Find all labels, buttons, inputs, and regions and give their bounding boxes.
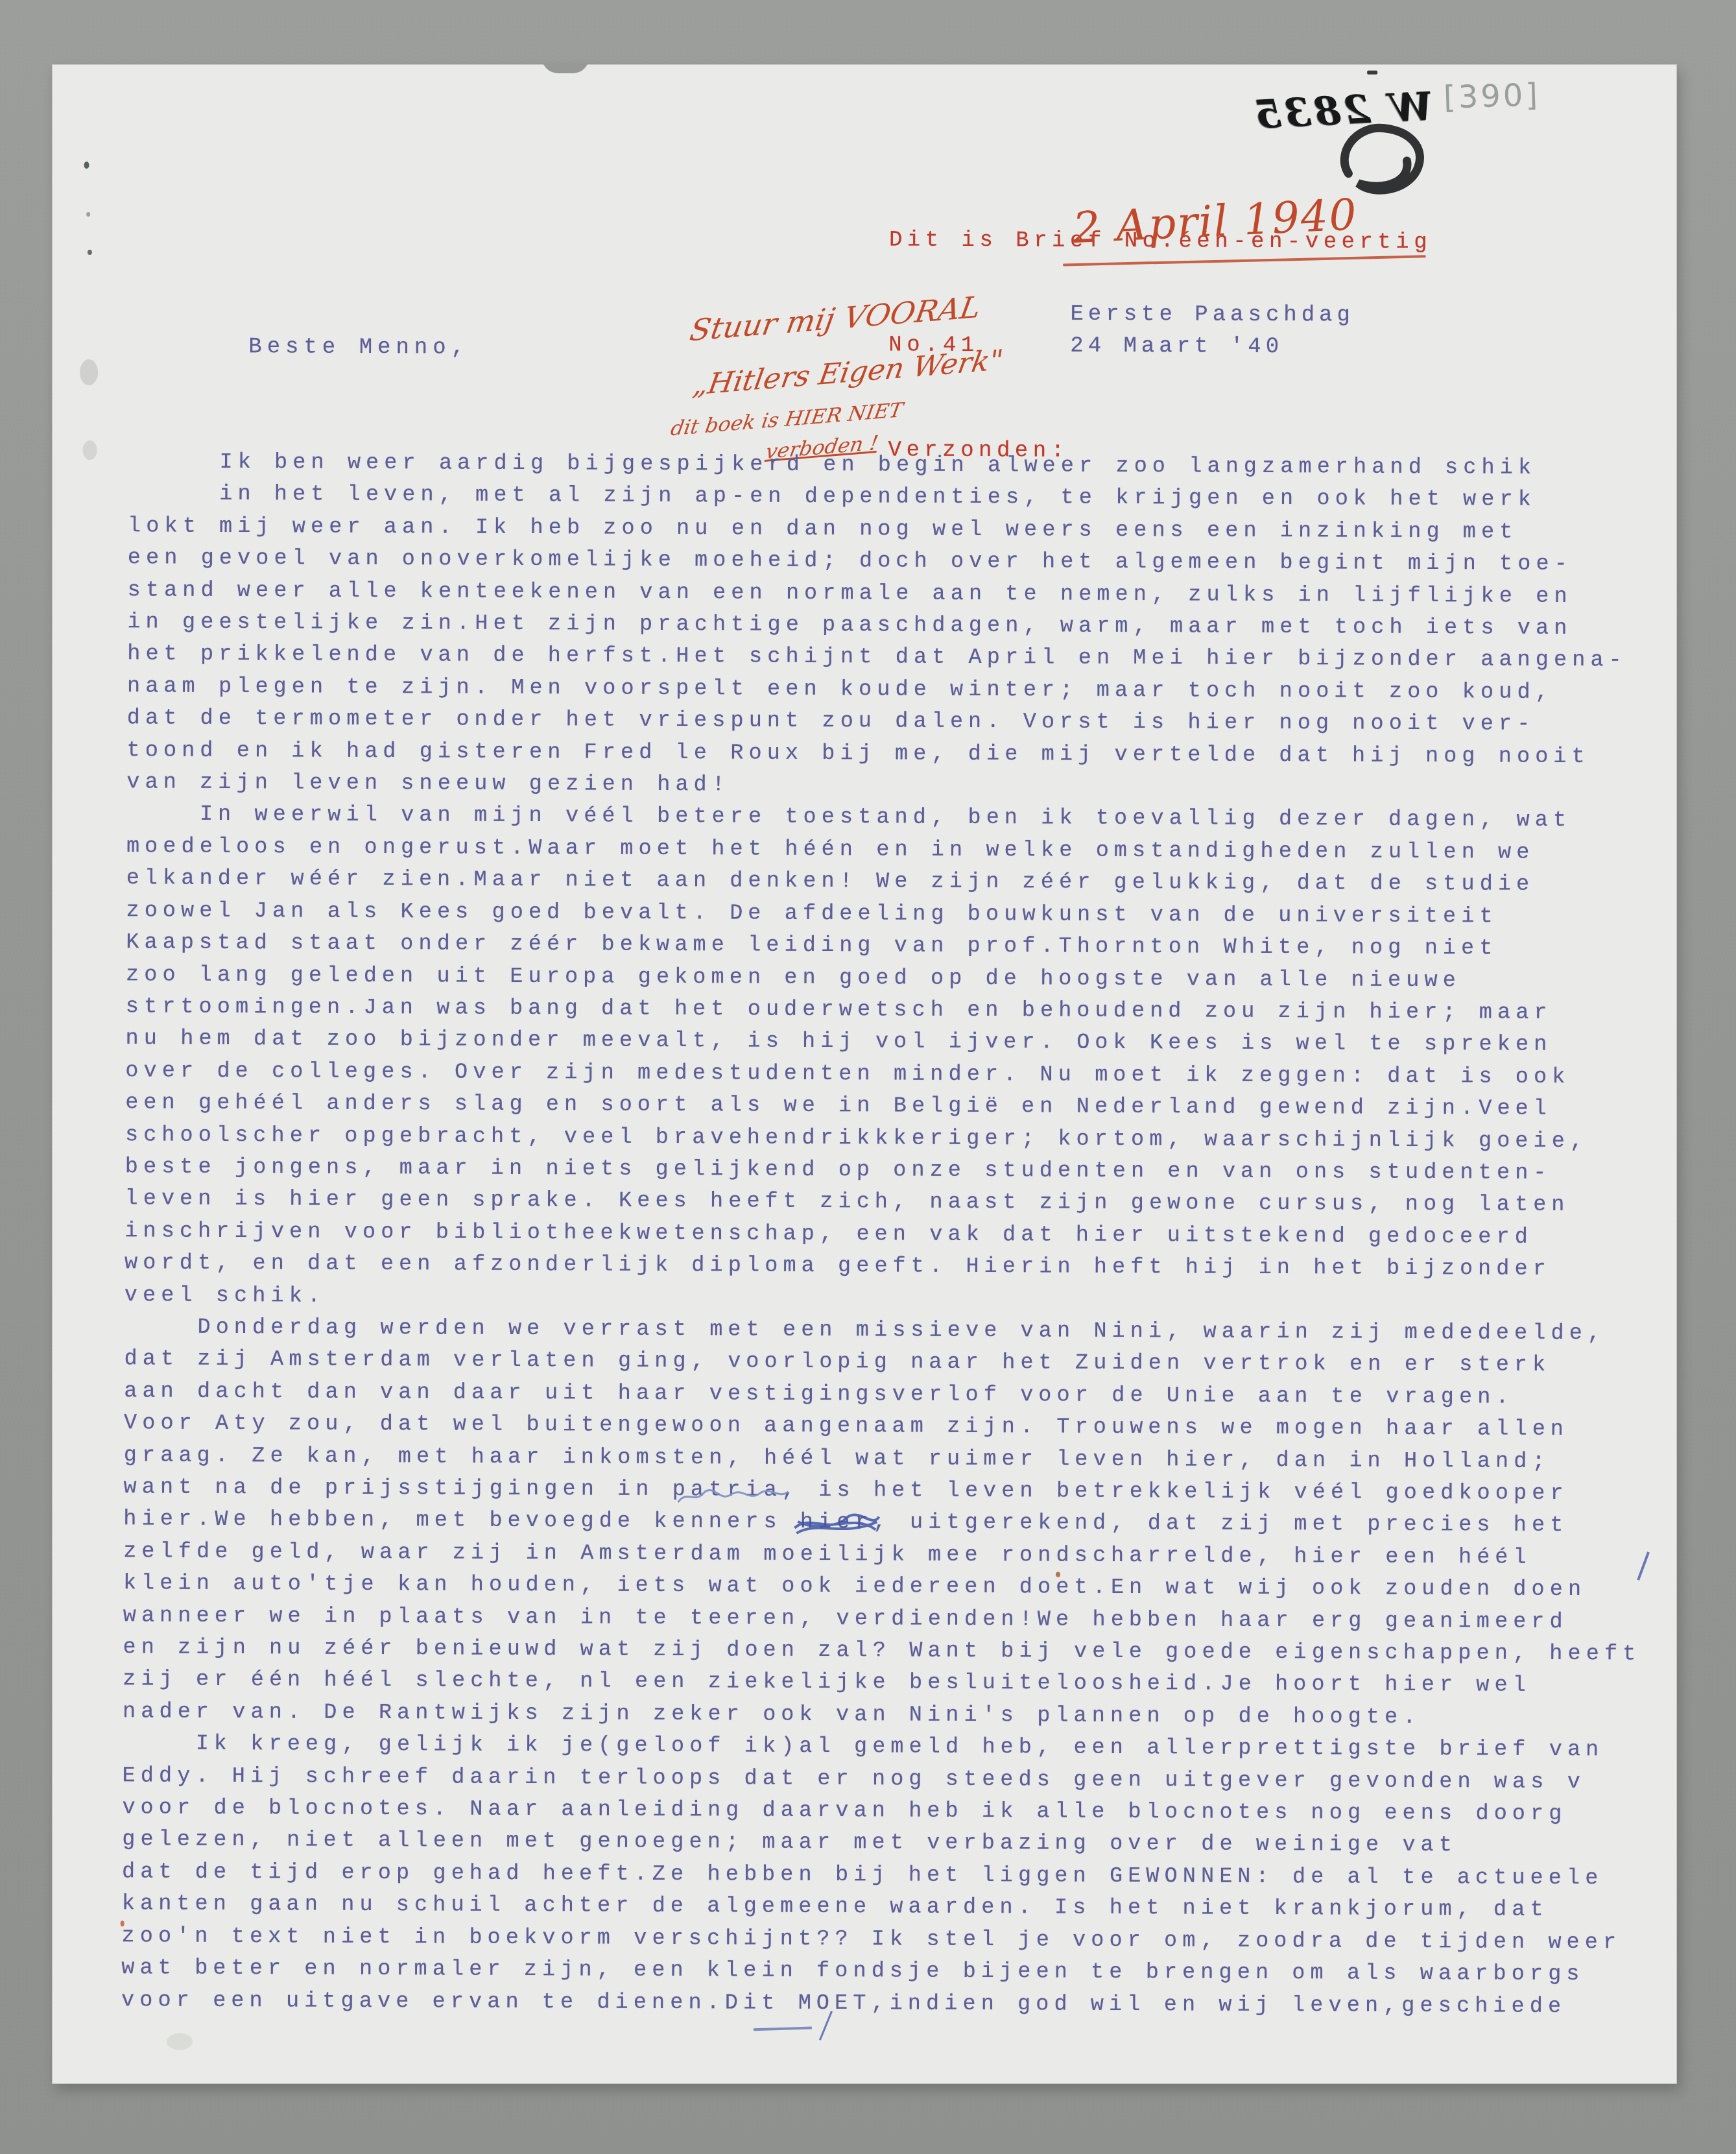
stain-dot-rust [1056, 1572, 1060, 1577]
stain-speck-1 [84, 162, 89, 169]
pen-strikeout-scribble [791, 1509, 882, 1540]
letter-body: Ik ben weer aardig bijgespijkerd en begi… [121, 446, 1646, 2023]
stain-speck-3 [88, 250, 92, 255]
stain-smudge-2 [83, 440, 97, 460]
top-edge-mark [1367, 71, 1377, 75]
scanned-letter-page: W 2835 [390] Dit is Brief No.één-en-veer… [0, 0, 1736, 2154]
typed-date-block: Eerste Paaschdag 24 Maart '40 [1070, 299, 1355, 364]
pen-underline-moet [754, 2026, 812, 2031]
pencil-folio-number: [390] [1443, 77, 1541, 116]
salutation: Beste Menno, [248, 335, 470, 360]
letter-paper: W 2835 [390] Dit is Brief No.één-en-veer… [52, 64, 1677, 2084]
stain-dot-red-margin [121, 1921, 125, 1926]
stain-smudge-1 [80, 359, 98, 385]
stain-smudge-bottom [167, 2033, 193, 2050]
letter-content: W 2835 [390] Dit is Brief No.één-en-veer… [52, 64, 1677, 2084]
stain-speck-2 [86, 212, 90, 217]
pen-insertion-squiggle [674, 1486, 791, 1509]
